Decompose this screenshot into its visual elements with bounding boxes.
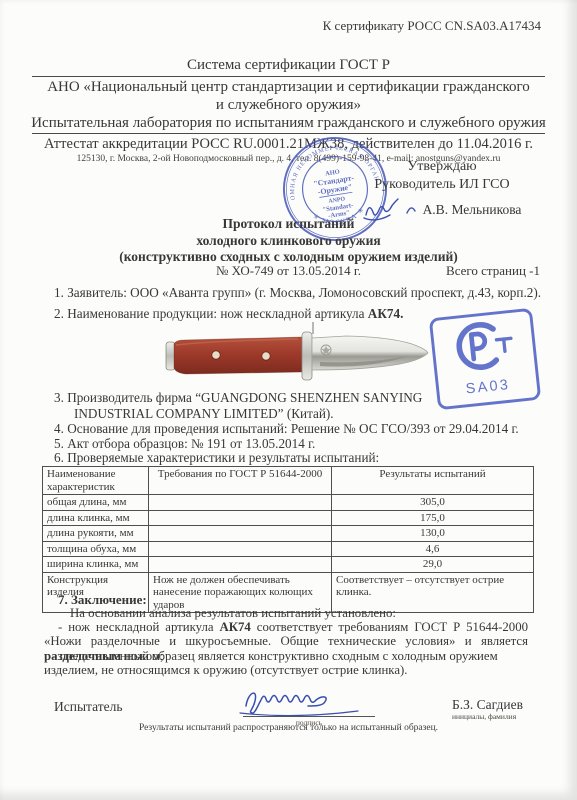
- item-manufacturer: 3. Производитель фирма “GUANGDONG SHENZH…: [54, 390, 502, 422]
- document-page: К сертификату РОСС CN.SA03.А17434 Систем…: [0, 0, 577, 800]
- pages-count: Всего страниц -1: [446, 263, 540, 279]
- cell-result: 130,0: [332, 526, 534, 542]
- cell-requirement: [149, 510, 332, 526]
- item-characteristics: 6. Проверяемые характеристики и результа…: [54, 450, 379, 466]
- table-row: длина рукояти, мм 130,0: [43, 526, 534, 542]
- results-table: Наименование характеристик Требования по…: [42, 466, 534, 613]
- organization-name: АНО «Национальный центр стандартизации и…: [28, 78, 549, 114]
- certification-system-line: Система сертификации ГОСТ Р: [28, 57, 549, 74]
- footer-note: Результаты испытаний распространяются то…: [0, 723, 577, 733]
- certificate-reference: К сертификату РОСС CN.SA03.А17434: [323, 18, 541, 34]
- cell-characteristic: длина рукояти, мм: [43, 526, 149, 542]
- conclusion-paragraph-2: - представленный образец является констр…: [44, 649, 528, 678]
- approver-title: Руководитель ИЛ ГСО: [337, 176, 547, 194]
- col-header-results: Результаты испытаний: [332, 467, 534, 495]
- table-row: ширина клинка, мм 29,0: [43, 557, 534, 573]
- item-product-text: 2. Наименование продукции: нож нескладно…: [54, 306, 368, 321]
- tester-signature: [238, 684, 386, 716]
- approval-word: Утверждаю: [337, 158, 547, 176]
- cell-result: 305,0: [332, 495, 534, 511]
- divider-line: [32, 76, 545, 77]
- title-line-2: холодного клинкового оружия: [0, 233, 577, 250]
- cell-result: 29,0: [332, 557, 534, 573]
- table-row: толщина обуха, мм 4,6: [43, 541, 534, 557]
- cell-requirement: [149, 495, 332, 511]
- table-header-row: Наименование характеристик Требования по…: [43, 467, 534, 495]
- item-applicant: 1. Заявитель: ООО «Аванта групп» (г. Мос…: [54, 285, 541, 301]
- cell-result: 175,0: [332, 510, 534, 526]
- document-title: Протокол испытаний холодного клинкового …: [0, 216, 577, 266]
- tester-role-label: Испытатель: [54, 699, 123, 715]
- cell-requirement: [149, 526, 332, 542]
- divider-line: [32, 133, 545, 134]
- cell-characteristic: ширина клинка, мм: [43, 557, 149, 573]
- cell-characteristic: толщина обуха, мм: [43, 541, 149, 557]
- table-row: общая длина, мм 305,0: [43, 495, 534, 511]
- cell-characteristic: общая длина, мм: [43, 495, 149, 511]
- conclusion-article-bold: АК74: [220, 620, 251, 634]
- knife-photo: [150, 320, 435, 392]
- laboratory-name: Испытательная лаборатория по испытаниям …: [28, 115, 549, 132]
- col-header-characteristic: Наименование характеристик: [43, 467, 149, 495]
- table-row: длина клинка, мм 175,0: [43, 510, 534, 526]
- signature-line: [243, 716, 375, 717]
- cell-result: 4,6: [332, 541, 534, 557]
- col-header-requirements: Требования по ГОСТ Р 51644-2000: [149, 467, 332, 495]
- tester-name: Б.З. Сагдиев: [452, 697, 523, 713]
- cell-requirement: [149, 541, 332, 557]
- rst-mark-icon: [457, 322, 513, 370]
- conclusion-intro: На основании анализа результатов испытан…: [70, 606, 396, 621]
- title-line-1: Протокол испытаний: [0, 216, 577, 233]
- approval-block: Утверждаю Руководитель ИЛ ГСО А.В. Мельн…: [337, 158, 547, 223]
- item-test-basis: 4. Основание для проведения испытаний: Р…: [54, 421, 519, 437]
- conclusion-text: - нож нескладной артикула: [58, 620, 220, 634]
- cell-characteristic: длина клинка, мм: [43, 510, 149, 526]
- product-article: АК74.: [368, 306, 404, 321]
- tester-name-caption: инициалы, фамилия: [452, 712, 516, 721]
- cell-requirement: [149, 557, 332, 573]
